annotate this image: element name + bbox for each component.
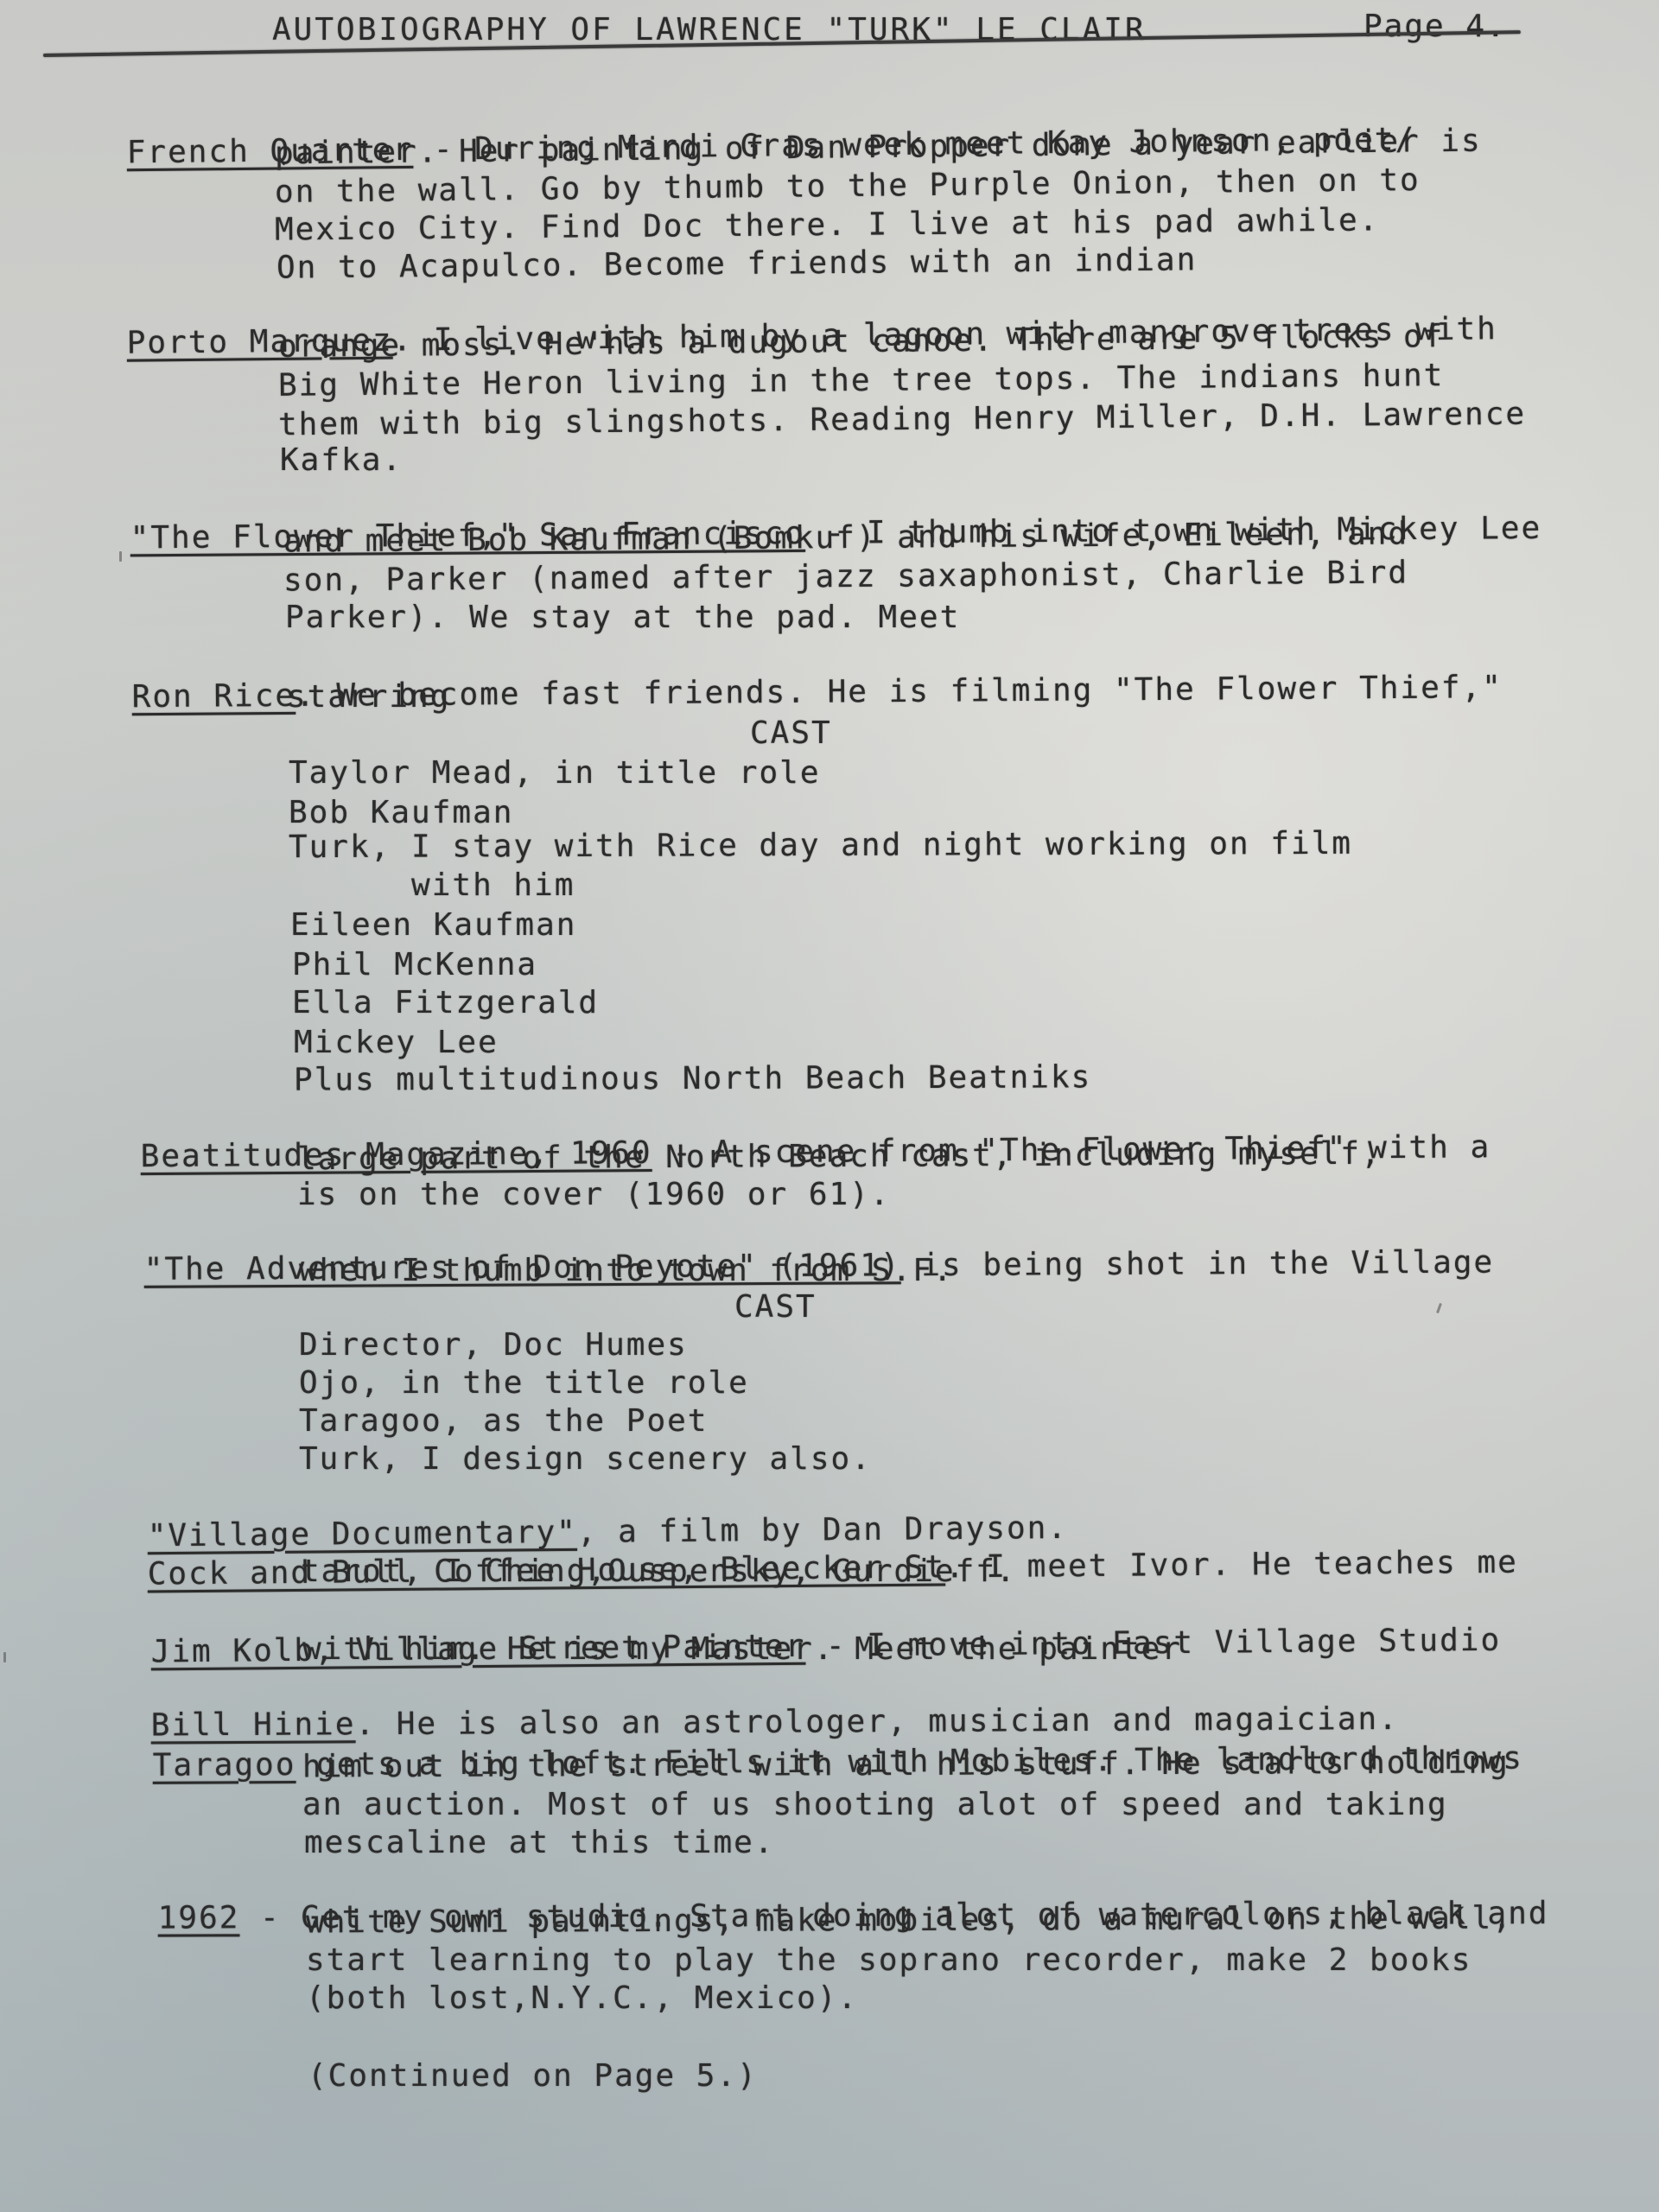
entry-line: Mexico City. Find Doc there. I live at h…: [275, 202, 1380, 247]
entry-label: Taragoo: [153, 1747, 296, 1783]
entry-line: him out in the street with all his stuff…: [302, 1745, 1510, 1785]
cast-member: Director, Doc Humes: [299, 1327, 688, 1363]
entry-line: when I thumb into town from S.F.: [299, 1253, 954, 1288]
cast-heading: CAST: [750, 715, 832, 751]
entry-lead-text: is being shot in the Village: [901, 1245, 1495, 1284]
cast-member: Ella Fitzgerald: [292, 985, 599, 1020]
cast-member: Phil McKenna: [292, 947, 537, 982]
entry-line: mescaline at this time.: [304, 1825, 775, 1860]
entry-label: 1962: [158, 1900, 240, 1935]
page-number: Page 4.: [1363, 9, 1507, 44]
entry-label: Ron Rice: [132, 678, 296, 715]
entry-line: starring: [287, 679, 450, 715]
entry-lead-text: . I meet Ivor. He teaches me: [945, 1545, 1518, 1586]
entry-line: Parker). We stay at the pad. Meet: [285, 600, 960, 635]
cast-member: Bob Kaufman: [289, 795, 513, 830]
entry-line: On to Acapulco. Become friends with an i…: [276, 242, 1198, 285]
entry-line: start learning to play the soprano recor…: [306, 1942, 1471, 1978]
entry-line: with him. He is my Master. Meet the pain…: [302, 1631, 1182, 1667]
entry-lead-text: . We become fast friends. He is filming …: [296, 670, 1503, 714]
entry-line: an auction. Most of us shooting alot of …: [302, 1787, 1448, 1822]
cast-member: Ojo, in the title role: [299, 1365, 749, 1401]
cast-member: Taragoo, as the Poet: [299, 1403, 708, 1439]
cast-member: Mickey Lee: [294, 1025, 499, 1060]
typewritten-page: AUTOBIOGRAPHY OF LAWRENCE "TURK" LE CLAI…: [0, 0, 1659, 2212]
cast-member: with him: [289, 868, 575, 903]
document-title: AUTOBIOGRAPHY OF LAWRENCE "TURK" LE CLAI…: [272, 12, 1147, 48]
cast-member: Turk, I design scenery also.: [299, 1441, 872, 1477]
entry-line: white Sumi paintings, make mobiles, do a…: [306, 1901, 1513, 1941]
entry-line: large part of the North Beach cast, incl…: [297, 1136, 1382, 1178]
cast-heading: CAST: [734, 1289, 817, 1325]
entry-line: tarot, I Ching,Ouspensky, Gurdieff.: [301, 1554, 1017, 1589]
continued-note: (Continued on Page 5.): [308, 2058, 758, 2094]
cast-member: Eileen Kaufman: [290, 907, 576, 943]
entry-line: Kafka.: [280, 442, 403, 478]
cast-member: Turk, I stay with Rice day and night wor…: [289, 826, 1352, 865]
entry-line: them with big slingshots. Reading Henry …: [278, 397, 1526, 443]
entry-line: son, Parker (named after jazz saxaphonis…: [283, 555, 1408, 598]
stray-ink-mark: [119, 551, 122, 562]
cast-member: Taylor Mead, in title role: [289, 755, 821, 791]
cast-member: Plus multitudinous North Beach Beatniks: [294, 1059, 1091, 1097]
entry-line: (both lost,N.Y.C., Mexico).: [306, 1980, 858, 2016]
stray-ink-mark: [3, 1652, 6, 1662]
entry-line: is on the cover (1960 or 61).: [297, 1177, 891, 1212]
